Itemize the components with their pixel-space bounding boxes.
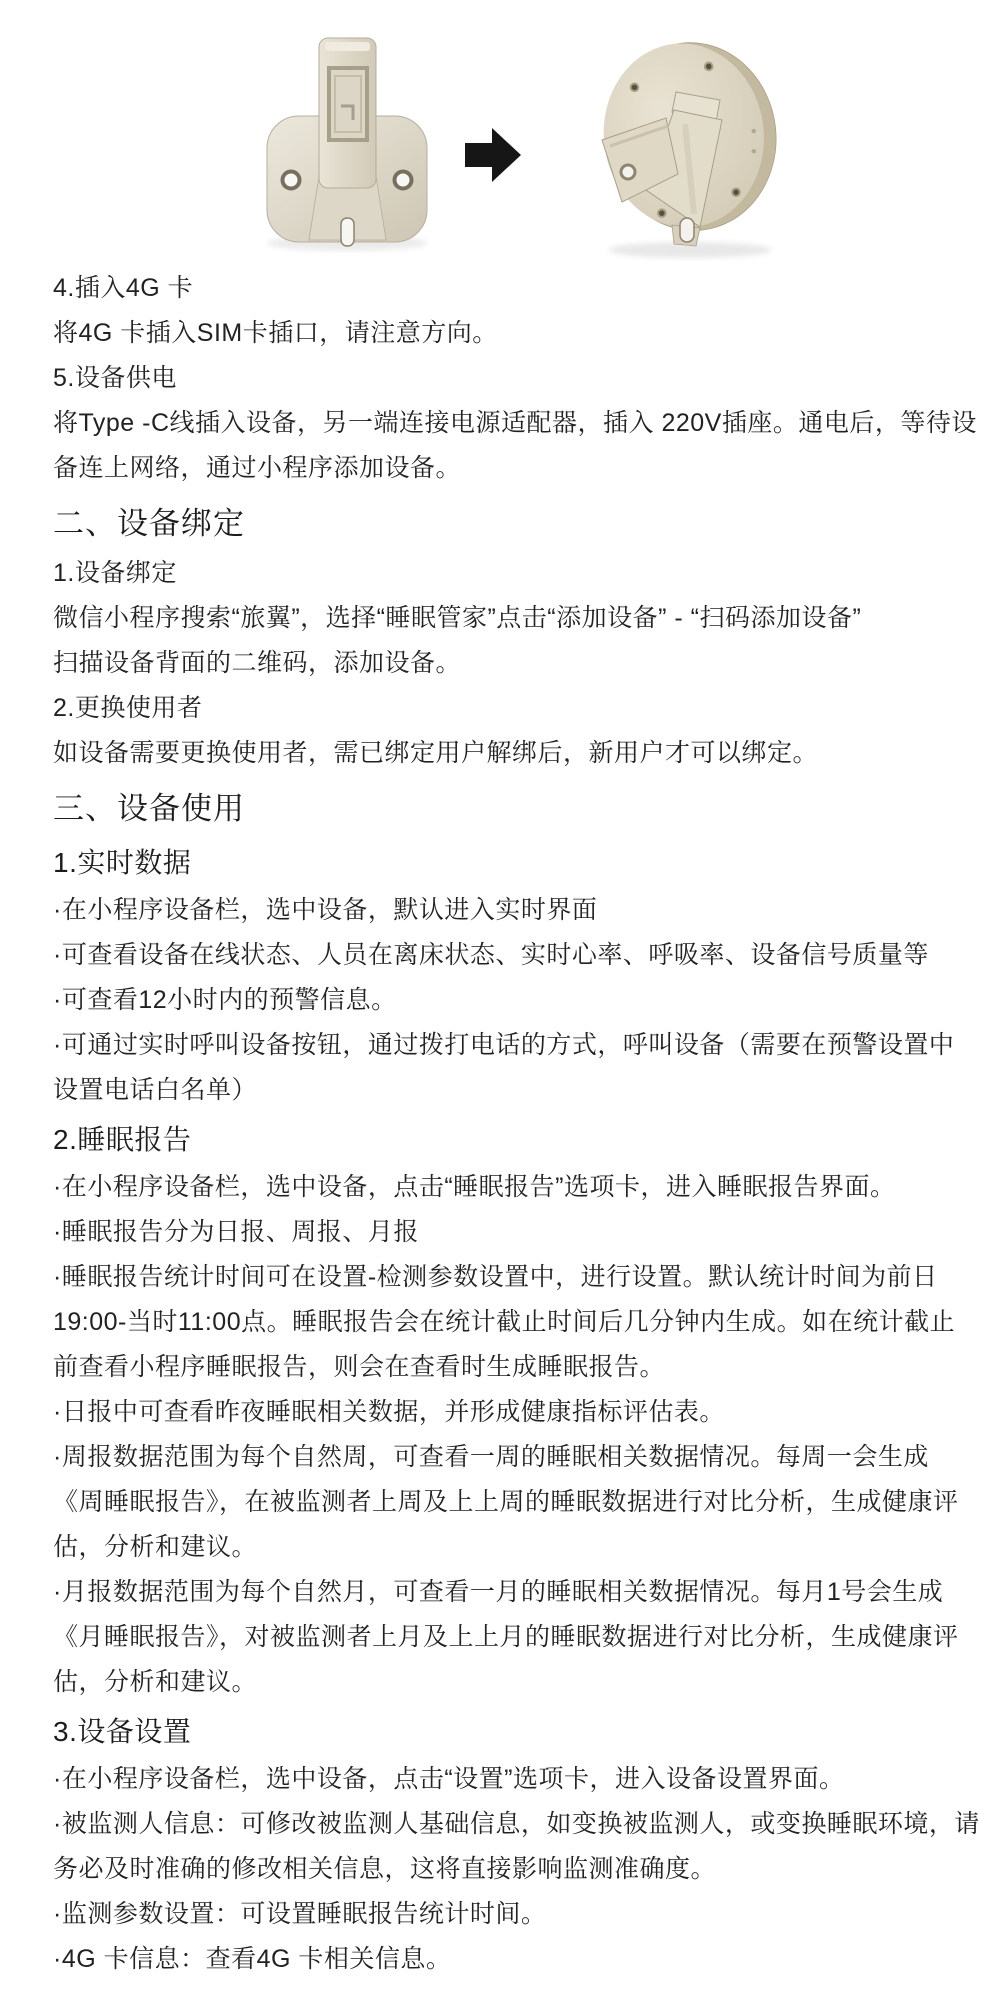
text-line: ·可通过实时呼叫设备按钮，通过拨打电话的方式，呼叫设备（需要在预警设置中 (53, 1023, 970, 1068)
bullet: ·月报数据范围为每个自然月，可查看一月的睡眠相关数据情况。每月1号会生成《月睡眠… (53, 1570, 970, 1705)
sub-heading: 3.设备设置 (53, 1707, 970, 1757)
text-line: 5.设备供电 (53, 356, 970, 401)
bullet: ·睡眠报告统计时间可在设置-检测参数设置中，进行设置。默认统计时间为前日19:0… (53, 1255, 970, 1390)
text-line: 4.插入4G 卡 (53, 266, 970, 311)
arrow-right-icon (465, 126, 523, 184)
text-line: 1.设备绑定 (53, 551, 970, 596)
text-line: ·监测参数设置：可设置睡眠报告统计时间。 (53, 1892, 970, 1937)
bullet: ·日报中可查看昨夜睡眠相关数据，并形成健康指标评估表。 (53, 1390, 970, 1435)
bullet: ·可通过实时呼叫设备按钮，通过拨打电话的方式，呼叫设备（需要在预警设置中设置电话… (53, 1023, 970, 1113)
para: 微信小程序搜索“旅翼”，选择“睡眠管家”点击“添加设备” - “扫码添加设备”扫… (53, 596, 970, 686)
text-line: 扫描设备背面的二维码，添加设备。 (53, 641, 970, 686)
text-line: 设置电话白名单） (53, 1068, 970, 1113)
section-heading: 三、设备使用 (53, 782, 970, 836)
text-line: 3.设备设置 (53, 1707, 970, 1757)
sub-heading: 2.睡眠报告 (53, 1115, 970, 1165)
text-line: ·可查看设备在线状态、人员在离床状态、实时心率、呼吸率、设备信号质量等 (53, 933, 970, 978)
text-line: 2.更换使用者 (53, 686, 970, 731)
bullet: ·在小程序设备栏，选中设备，点击“设置”选项卡，进入设备设置界面。 (53, 1757, 970, 1802)
text-line: 《周睡眠报告》，在被监测者上周及上上周的睡眠数据进行对比分析，生成健康评 (53, 1480, 970, 1525)
text-line: ·在小程序设备栏，选中设备，点击“设置”选项卡，进入设备设置界面。 (53, 1757, 970, 1802)
step-heading: 4.插入4G 卡 (53, 266, 970, 311)
text-line: 微信小程序搜索“旅翼”，选择“睡眠管家”点击“添加设备” - “扫码添加设备” (53, 596, 970, 641)
bullet: ·可查看12小时内的预警信息。 (53, 978, 970, 1023)
text-line: 2.睡眠报告 (53, 1115, 970, 1165)
text-line: 估，分析和建议。 (53, 1660, 970, 1705)
manual-content: 4.插入4G 卡将4G 卡插入SIM卡插口，请注意方向。5.设备供电将Type … (0, 258, 1000, 1982)
text-line: 将4G 卡插入SIM卡插口，请注意方向。 (53, 311, 970, 356)
text-line: ·在小程序设备栏，选中设备，默认进入实时界面 (53, 888, 970, 933)
text-line: 估，分析和建议。 (53, 1525, 970, 1570)
para: 将Type -C线插入设备，另一端连接电源适配器，插入 220V插座。通电后，等… (53, 401, 970, 491)
text-line: ·在小程序设备栏，选中设备，点击“睡眠报告”选项卡，进入睡眠报告界面。 (53, 1165, 970, 1210)
wall-mount-bracket-photo (255, 28, 440, 253)
text-line: ·睡眠报告统计时间可在设置-检测参数设置中，进行设置。默认统计时间为前日 (53, 1255, 970, 1300)
step-heading: 2.更换使用者 (53, 686, 970, 731)
text-line: 将Type -C线插入设备，另一端连接电源适配器，插入 220V插座。通电后，等… (53, 401, 970, 446)
text-line: ·4G 卡信息：查看4G 卡相关信息。 (53, 1937, 970, 1982)
para: 将4G 卡插入SIM卡插口，请注意方向。 (53, 311, 970, 356)
bullet: ·可查看设备在线状态、人员在离床状态、实时心率、呼吸率、设备信号质量等 (53, 933, 970, 978)
text-line: ·可查看12小时内的预警信息。 (53, 978, 970, 1023)
text-line: 前查看小程序睡眠报告，则会在查看时生成睡眠报告。 (53, 1345, 970, 1390)
para: 如设备需要更换使用者，需已绑定用户解绑后，新用户才可以绑定。 (53, 731, 970, 776)
text-line: 三、设备使用 (53, 782, 970, 836)
sub-heading: 1.实时数据 (53, 838, 970, 888)
installation-figure (0, 0, 1000, 258)
bullet: ·4G 卡信息：查看4G 卡相关信息。 (53, 1937, 970, 1982)
text-line: ·月报数据范围为每个自然月，可查看一月的睡眠相关数据情况。每月1号会生成 (53, 1570, 970, 1615)
page: { "page": { "background": "#ffffff", "te… (0, 0, 1000, 2000)
text-line: ·周报数据范围为每个自然周，可查看一周的睡眠相关数据情况。每周一会生成 (53, 1435, 970, 1480)
text-line: 如设备需要更换使用者，需已绑定用户解绑后，新用户才可以绑定。 (53, 731, 970, 776)
device-back-with-bracket-photo (588, 22, 788, 262)
bullet: ·在小程序设备栏，选中设备，默认进入实时界面 (53, 888, 970, 933)
bullet: ·睡眠报告分为日报、周报、月报 (53, 1210, 970, 1255)
bullet: ·被监测人信息：可修改被监测人基础信息，如变换被监测人，或变换睡眠环境，请务必及… (53, 1802, 970, 1892)
text-line: 二、设备绑定 (53, 497, 970, 551)
text-line: 1.实时数据 (53, 838, 970, 888)
text-line: 《月睡眠报告》，对被监测者上月及上上月的睡眠数据进行对比分析，生成健康评 (53, 1615, 970, 1660)
text-line: 备连上网络，通过小程序添加设备。 (53, 446, 970, 491)
step-heading: 1.设备绑定 (53, 551, 970, 596)
text-line: ·睡眠报告分为日报、周报、月报 (53, 1210, 970, 1255)
text-line: 务必及时准确的修改相关信息，这将直接影响监测准确度。 (53, 1847, 970, 1892)
text-line: ·日报中可查看昨夜睡眠相关数据，并形成健康指标评估表。 (53, 1390, 970, 1435)
text-line: ·被监测人信息：可修改被监测人基础信息，如变换被监测人，或变换睡眠环境，请 (53, 1802, 970, 1847)
text-line: 19:00-当时11:00点。睡眠报告会在统计截止时间后几分钟内生成。如在统计截… (53, 1300, 970, 1345)
step-heading: 5.设备供电 (53, 356, 970, 401)
bullet: ·在小程序设备栏，选中设备，点击“睡眠报告”选项卡，进入睡眠报告界面。 (53, 1165, 970, 1210)
bullet: ·周报数据范围为每个自然周，可查看一周的睡眠相关数据情况。每周一会生成《周睡眠报… (53, 1435, 970, 1570)
section-heading: 二、设备绑定 (53, 497, 970, 551)
bullet: ·监测参数设置：可设置睡眠报告统计时间。 (53, 1892, 970, 1937)
